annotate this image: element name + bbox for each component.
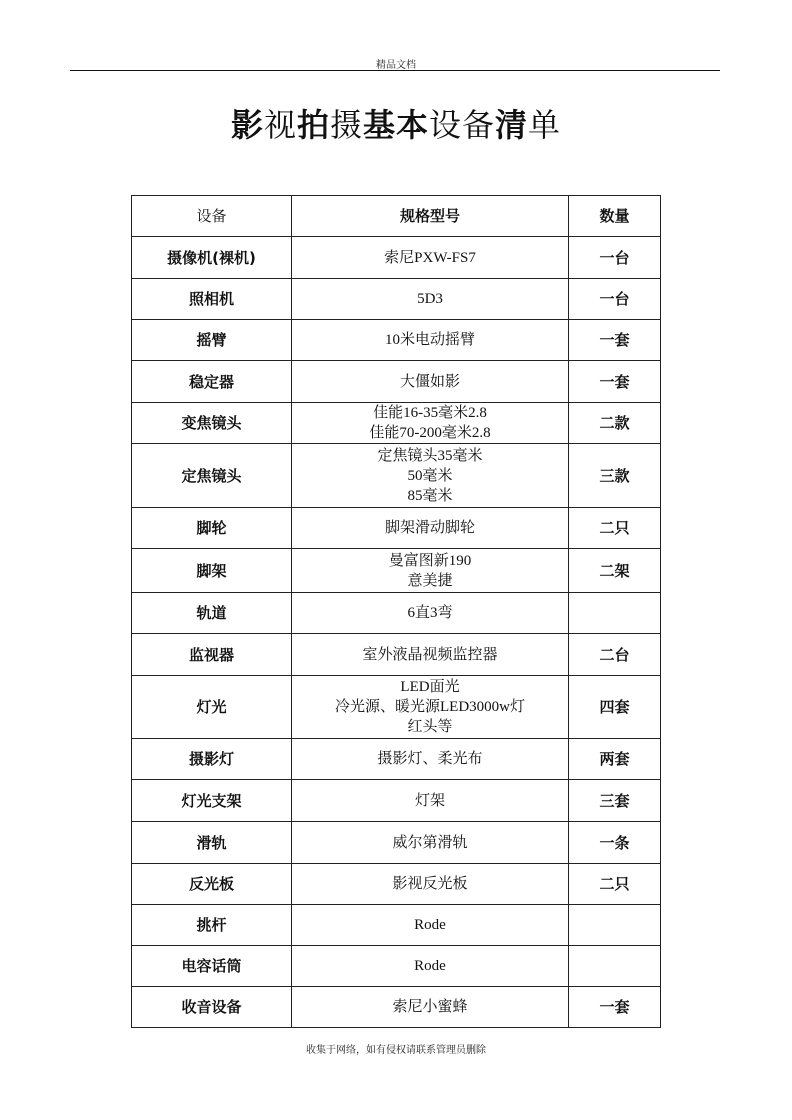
spec-line: LED面光 [292,677,568,697]
table-row: 反光板影视反光板二只 [132,864,661,905]
quantity-cell [569,946,661,987]
table-row: 脚轮脚架滑动脚轮二只 [132,508,661,549]
quantity-value: 一套 [599,373,629,391]
spec-cell: 定焦镜头35毫米50毫米85毫米 [292,444,569,508]
spec-cell: 摄影灯、柔光布 [292,739,569,780]
quantity-value: 一套 [599,331,629,349]
table-row: 电容话筒Rode [132,946,661,987]
spec-line: 意美捷 [292,571,568,591]
spec-cell: LED面光冷光源、暖光源LED3000w灯红头等 [292,676,569,739]
table-row: 定焦镜头定焦镜头35毫米50毫米85毫米三款 [132,444,661,508]
equipment-cell: 脚架 [132,549,292,593]
spec-line: 佳能70-200毫米2.8 [292,423,568,443]
quantity-value: 四套 [599,698,629,716]
quantity-value: 二台 [599,646,629,664]
table-row: 脚架曼富图新190意美捷二架 [132,549,661,593]
quantity-cell: 一台 [569,279,661,320]
quantity-value: 二只 [599,875,629,893]
spec-line: 威尔第滑轨 [292,833,568,853]
quantity-value: 一台 [599,249,629,267]
page-header: 精品文档 [0,56,792,71]
quantity-cell: 二台 [569,634,661,676]
quantity-value: 二款 [599,414,629,432]
header-equipment: 设备 [132,196,292,237]
spec-cell: 5D3 [292,279,569,320]
table-row: 监视器室外液晶视频监控器二台 [132,634,661,676]
equipment-cell: 脚轮 [132,508,292,549]
spec-line: 影视反光板 [292,874,568,894]
table-row: 轨道6直3弯 [132,593,661,634]
table-row: 摄像机(裸机)索尼PXW-FS7一台 [132,237,661,279]
quantity-cell: 三套 [569,780,661,822]
title-part: 影 [231,106,264,144]
spec-cell: 索尼PXW-FS7 [292,237,569,279]
quantity-cell: 两套 [569,739,661,780]
quantity-cell: 二只 [569,508,661,549]
quantity-value: 两套 [599,750,629,768]
table-row: 摄影灯摄影灯、柔光布两套 [132,739,661,780]
spec-cell: 6直3弯 [292,593,569,634]
spec-line: 50毫米 [292,466,568,486]
spec-line: 佳能16-35毫米2.8 [292,403,568,423]
spec-line: 冷光源、暖光源LED3000w灯 [292,697,568,717]
title-part: 清 [495,106,528,144]
spec-cell: 威尔第滑轨 [292,822,569,864]
equipment-cell: 摄像机(裸机) [132,237,292,279]
spec-line: 室外液晶视频监控器 [292,645,568,665]
table-row: 收音设备索尼小蜜蜂一套 [132,987,661,1028]
quantity-value: 三套 [599,792,629,810]
quantity-cell: 三款 [569,444,661,508]
quantity-cell [569,593,661,634]
spec-cell: 佳能16-35毫米2.8佳能70-200毫米2.8 [292,403,569,444]
spec-line: Rode [292,956,568,976]
spec-line: 6直3弯 [292,603,568,623]
spec-cell: 曼富图新190意美捷 [292,549,569,593]
equipment-cell: 照相机 [132,279,292,320]
table-row: 照相机5D3一台 [132,279,661,320]
spec-line: 曼富图新190 [292,551,568,571]
equipment-cell: 变焦镜头 [132,403,292,444]
quantity-value: 三款 [599,467,629,485]
table-row: 变焦镜头佳能16-35毫米2.8佳能70-200毫米2.8二款 [132,403,661,444]
quantity-cell: 二架 [569,549,661,593]
equipment-cell: 灯光支架 [132,780,292,822]
title-part: 单 [528,106,561,144]
header-spec: 规格型号 [292,196,569,237]
spec-line: 红头等 [292,717,568,737]
spec-line: 脚架滑动脚轮 [292,518,568,538]
quantity-value: 二架 [599,562,629,580]
quantity-cell: 二只 [569,864,661,905]
equipment-cell: 反光板 [132,864,292,905]
quantity-cell: 一套 [569,361,661,403]
table-row: 滑轨威尔第滑轨一条 [132,822,661,864]
spec-line: 索尼PXW-FS7 [292,248,568,268]
spec-cell: 大僵如影 [292,361,569,403]
table-header-row: 设备 规格型号 数量 [132,196,661,237]
equipment-cell: 滑轨 [132,822,292,864]
equipment-cell: 定焦镜头 [132,444,292,508]
equipment-cell: 收音设备 [132,987,292,1028]
equipment-cell: 灯光 [132,676,292,739]
quantity-cell: 一条 [569,822,661,864]
spec-cell: 室外液晶视频监控器 [292,634,569,676]
page-footer: 收集于网络，如有侵权请联系管理员删除 [0,1041,792,1056]
equipment-cell: 电容话筒 [132,946,292,987]
table-row: 灯光支架灯架三套 [132,780,661,822]
quantity-cell: 一套 [569,987,661,1028]
equipment-cell: 稳定器 [132,361,292,403]
spec-line: Rode [292,915,568,935]
equipment-cell: 挑杆 [132,905,292,946]
spec-line: 85毫米 [292,486,568,506]
spec-cell: 影视反光板 [292,864,569,905]
document-title: 影视拍摄基本设备清单 [0,100,792,146]
title-part: 设备 [429,106,495,144]
table-row: 灯光LED面光冷光源、暖光源LED3000w灯红头等四套 [132,676,661,739]
spec-cell: 灯架 [292,780,569,822]
spec-cell: 脚架滑动脚轮 [292,508,569,549]
quantity-value: 二只 [599,519,629,537]
title-part: 拍 [297,106,330,144]
header-quantity: 数量 [569,196,661,237]
quantity-cell: 一套 [569,320,661,361]
equipment-cell: 摄影灯 [132,739,292,780]
quantity-cell: 四套 [569,676,661,739]
equipment-cell: 轨道 [132,593,292,634]
header-divider [70,70,720,71]
spec-cell: 索尼小蜜蜂 [292,987,569,1028]
table-row: 挑杆Rode [132,905,661,946]
spec-cell: Rode [292,905,569,946]
quantity-value: 一套 [599,998,629,1016]
equipment-table: 设备 规格型号 数量 摄像机(裸机)索尼PXW-FS7一台照相机5D3一台摇臂1… [131,195,661,1028]
title-part: 摄 [330,106,363,144]
spec-line: 摄影灯、柔光布 [292,749,568,769]
title-part: 视 [264,106,297,144]
table-row: 摇臂10米电动摇臂一套 [132,320,661,361]
equipment-cell: 监视器 [132,634,292,676]
quantity-cell: 一台 [569,237,661,279]
spec-line: 大僵如影 [292,372,568,392]
spec-line: 索尼小蜜蜂 [292,997,568,1017]
title-part: 基本 [363,106,429,144]
quantity-cell: 二款 [569,403,661,444]
spec-cell: Rode [292,946,569,987]
equipment-cell: 摇臂 [132,320,292,361]
spec-line: 5D3 [292,289,568,309]
spec-line: 定焦镜头35毫米 [292,446,568,466]
spec-line: 灯架 [292,791,568,811]
quantity-value: 一条 [599,834,629,852]
quantity-cell [569,905,661,946]
spec-cell: 10米电动摇臂 [292,320,569,361]
quantity-value: 一台 [599,290,629,308]
spec-line: 10米电动摇臂 [292,330,568,350]
table-row: 稳定器大僵如影一套 [132,361,661,403]
